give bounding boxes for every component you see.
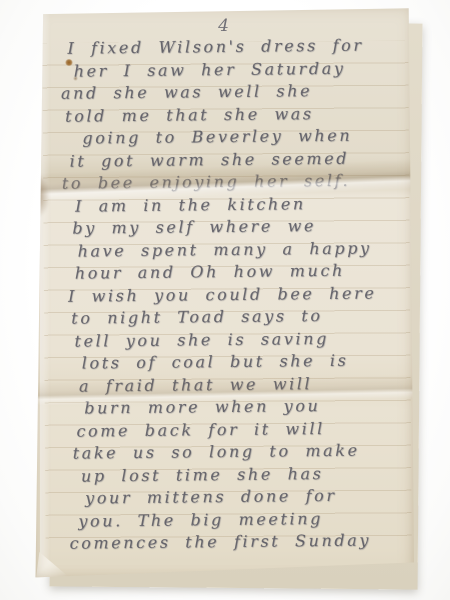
handwritten-line: comences the first Sunday (69, 529, 412, 555)
handwritten-line: I wish you could bee here (68, 282, 410, 308)
photo-backdrop: 4 I fixed Wilson's dress for her I saw h… (0, 0, 450, 600)
foxing-spot (65, 59, 73, 66)
handwritten-text-block: I fixed Wilson's dress for her I saw her… (47, 34, 412, 555)
handwritten-line: have spent many a happy (77, 237, 409, 263)
foxing-spot-small (73, 76, 78, 81)
letter-page: 4 I fixed Wilson's dress for her I saw h… (34, 6, 414, 582)
handwritten-line: to bee enjoying her self. (62, 169, 409, 195)
crease-edge-stain (34, 174, 50, 218)
handwritten-line: I fixed Wilson's dress for (67, 34, 407, 60)
page-number: 4 (34, 16, 414, 36)
